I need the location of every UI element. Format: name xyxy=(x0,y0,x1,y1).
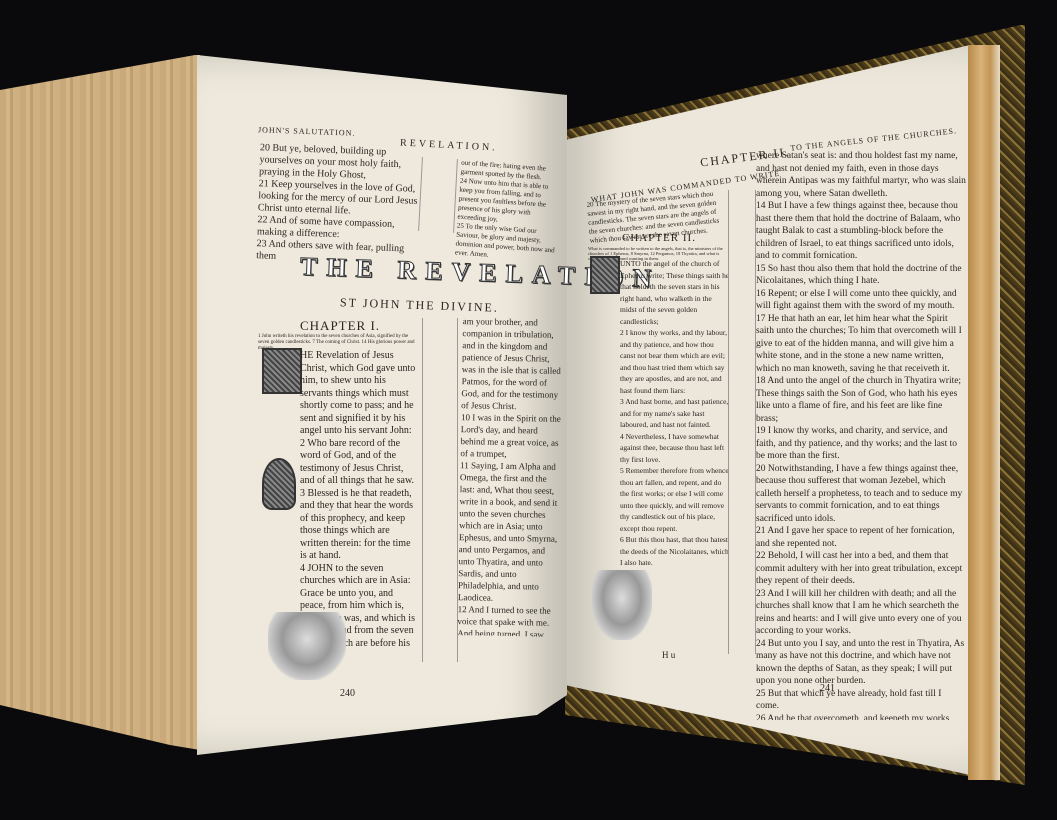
chapter-2-column-1: UNTO the angel of the church of Ephesus … xyxy=(620,258,730,568)
chapter-1-heading: CHAPTER I. xyxy=(300,318,380,334)
decorated-initial-u xyxy=(590,256,620,294)
chapter-2-column-2: where Satan's seat is: and thou holdest … xyxy=(756,150,966,720)
decorated-initial-t xyxy=(262,348,302,394)
engraving-patmos xyxy=(268,612,346,680)
right-gilt-edge xyxy=(968,45,1000,780)
chapter-1-column-2: am your brother, and companion in tribul… xyxy=(457,315,563,637)
page-number-right: 241 xyxy=(820,683,835,694)
page-number-left: 240 xyxy=(340,688,355,699)
decorated-initial-j xyxy=(262,458,296,510)
chapter-2-heading: CHAPTER II. xyxy=(622,232,696,244)
jude-verses-col1: 20 But ye, beloved, building up yourselv… xyxy=(256,142,420,268)
reference-column-top xyxy=(418,157,458,233)
photo-scene: JOHN'S SALUTATION. REVELATION. 20 But ye… xyxy=(0,0,1057,820)
reference-column-r xyxy=(728,190,756,654)
chapter-1-column-1: HE Revelation of Jesus Christ, which God… xyxy=(300,350,418,650)
signature-mark: H u xyxy=(662,650,675,660)
engraving-mountain xyxy=(592,570,652,640)
jude-verses-col2: out of the fire; hating even the garment… xyxy=(455,159,562,265)
left-page-block-edge xyxy=(0,55,200,750)
reference-column xyxy=(422,318,458,662)
